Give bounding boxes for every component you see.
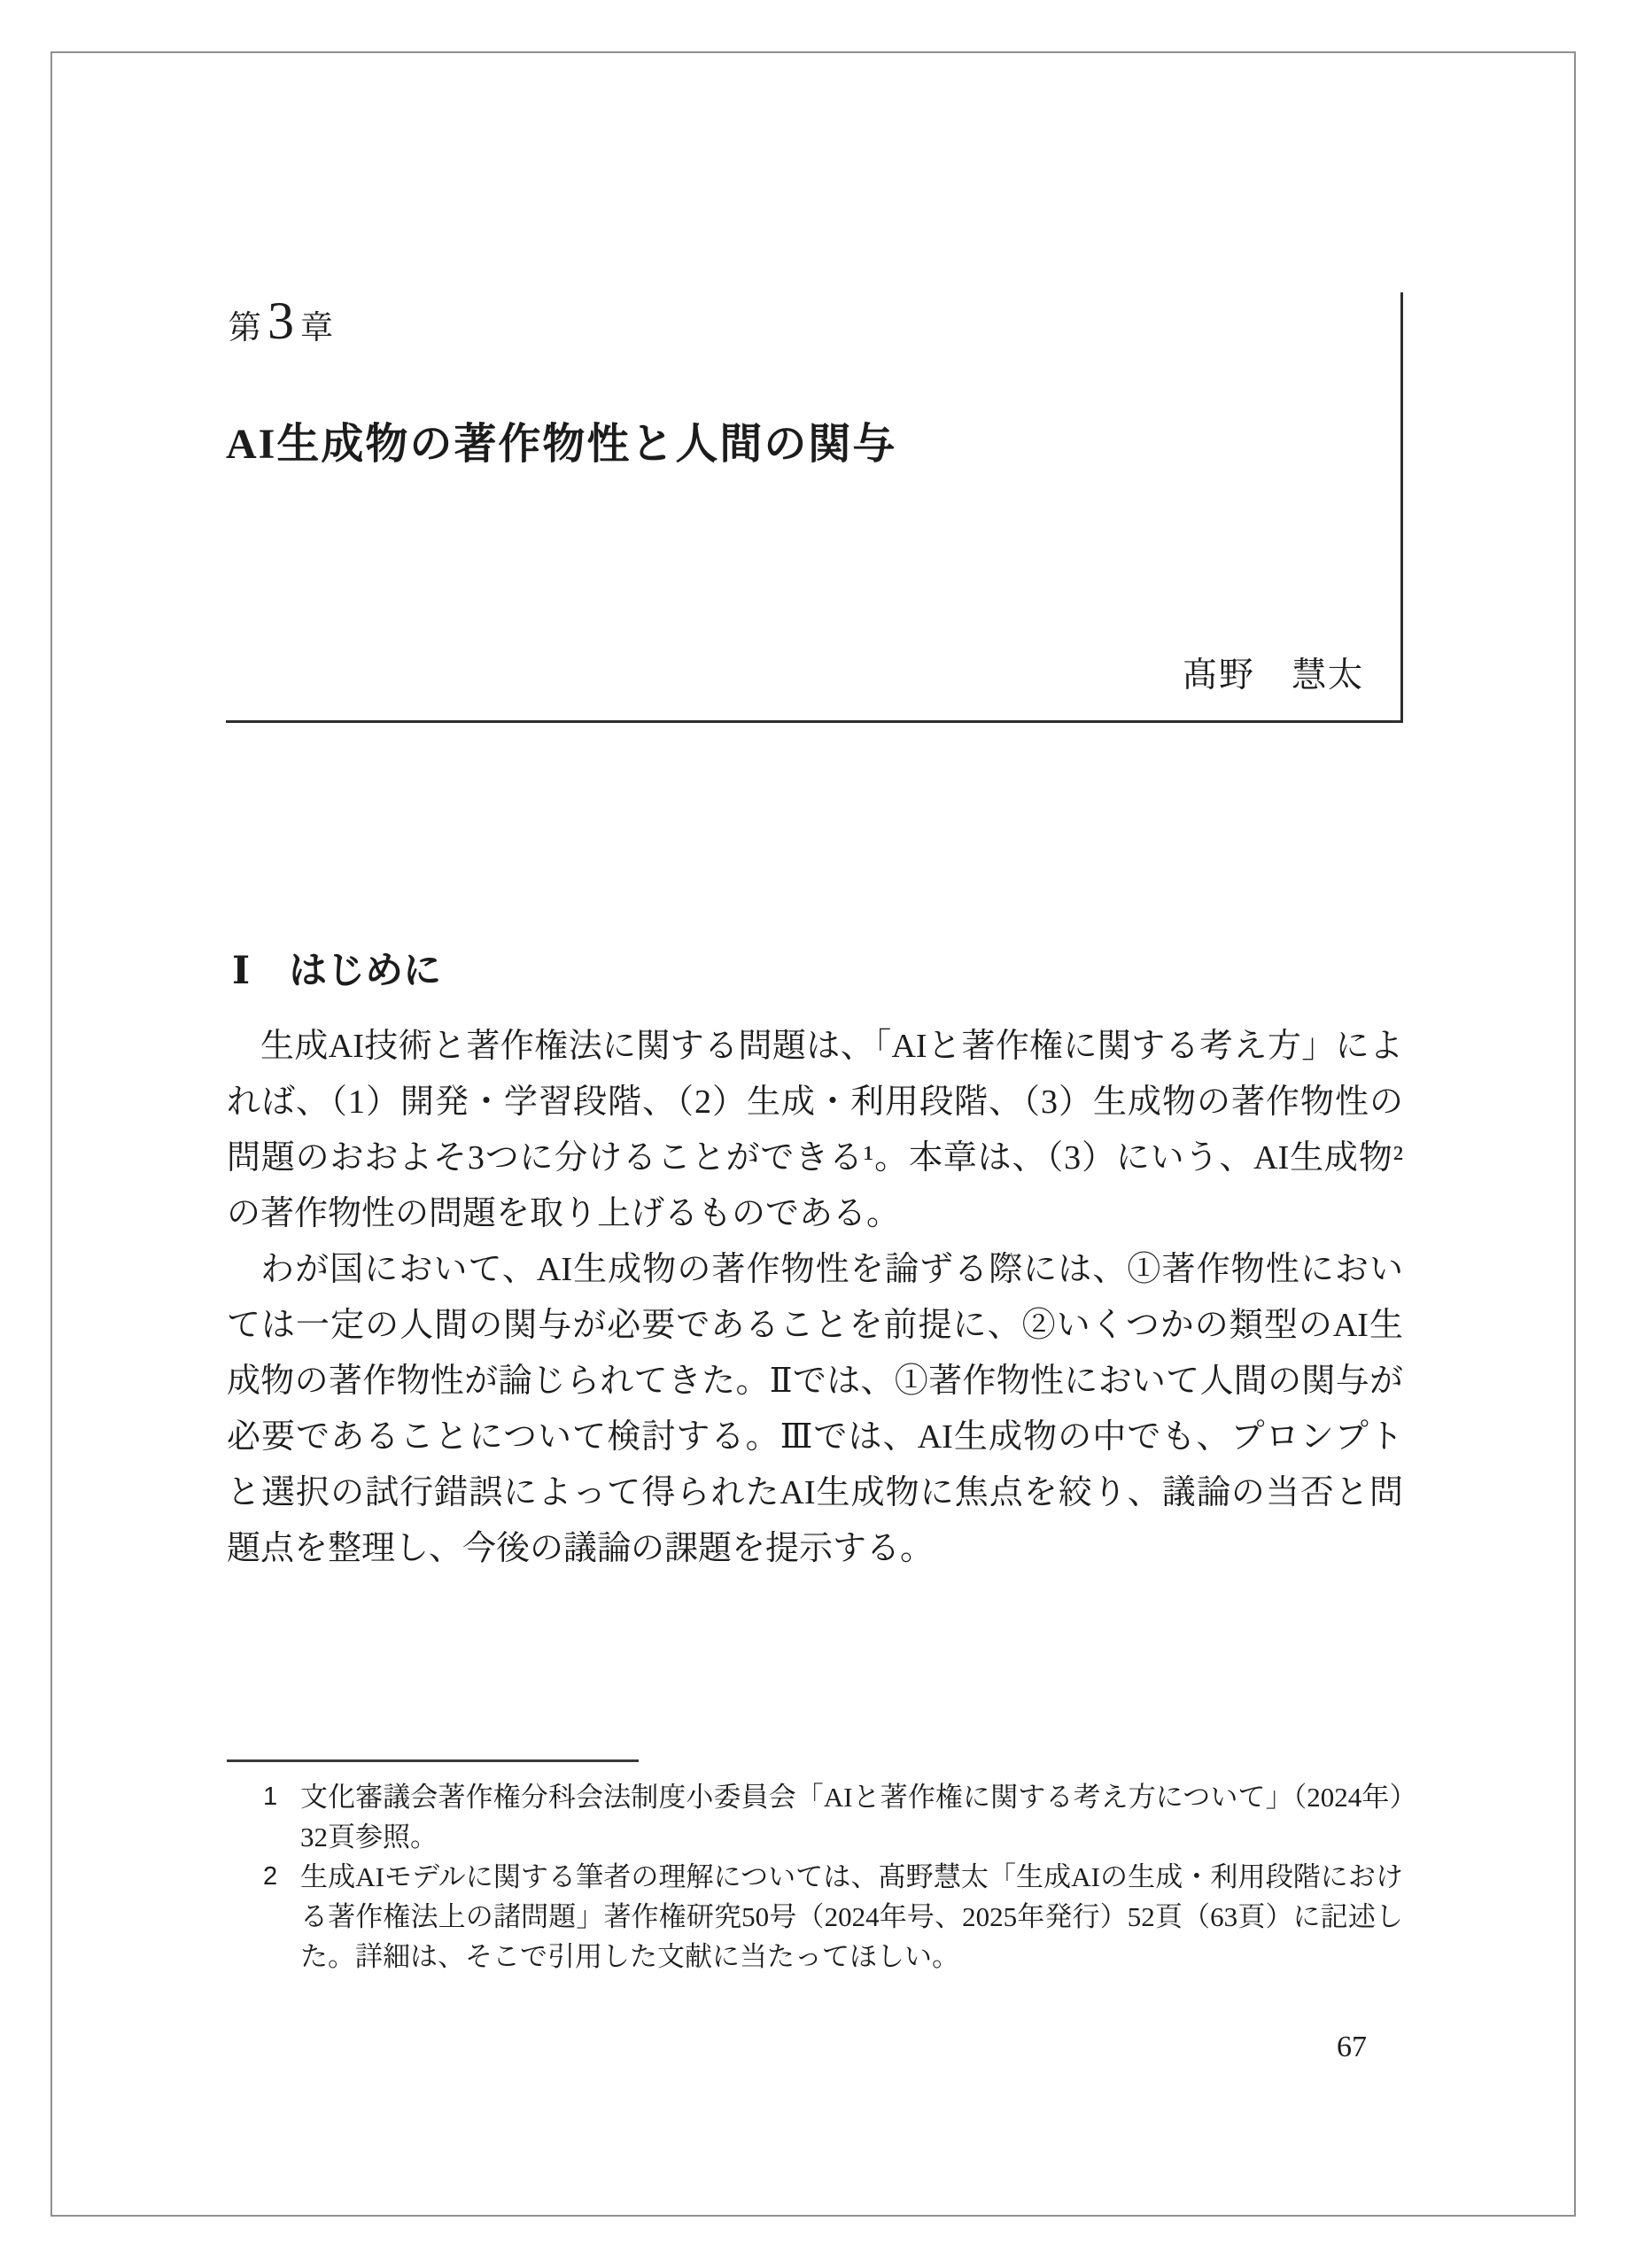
chapter-title: AI生成物の著作物性と人間の関与	[226, 409, 1395, 470]
footnote-item: 2 生成AIモデルに関する筆者の理解については、髙野慧太「生成AIの生成・利用段…	[263, 1857, 1403, 1977]
chapter-label-prefix: 第	[229, 300, 261, 348]
author-name: 髙野 慧太	[226, 648, 1364, 697]
chapter-number: 3	[268, 291, 294, 352]
footnote-number: 1	[263, 1777, 300, 1857]
footnote-text: 文化審議会著作権分科会法制度小委員会「AIと著作権に関する考え方について」（20…	[300, 1777, 1403, 1857]
footnote-text: 生成AIモデルに関する筆者の理解については、髙野慧太「生成AIの生成・利用段階に…	[300, 1857, 1403, 1977]
book-page: 第 3 章 AI生成物の著作物性と人間の関与 髙野 慧太 Ⅰ はじめに 生成AI…	[0, 0, 1629, 2268]
chapter-label: 第 3 章	[229, 291, 333, 352]
body-text: 生成AI技術と著作権法に関する問題は、「AIと著作権に関する考え方」によれば、（…	[227, 1019, 1403, 1577]
footnote-number: 2	[263, 1857, 300, 1977]
section-heading: Ⅰ はじめに	[232, 941, 441, 995]
section-title: はじめに	[289, 941, 441, 995]
footnote-item: 1 文化審議会著作権分科会法制度小委員会「AIと著作権に関する考え方について」（…	[263, 1777, 1403, 1857]
header-horizontal-rule	[226, 720, 1403, 723]
header-vertical-rule	[1400, 292, 1403, 723]
chapter-label-suffix: 章	[300, 300, 333, 348]
footnotes: 1 文化審議会著作権分科会法制度小委員会「AIと著作権に関する考え方について」（…	[263, 1777, 1403, 1977]
page-number: 67	[1307, 2031, 1396, 2064]
body-paragraph: 生成AI技術と著作権法に関する問題は、「AIと著作権に関する考え方」によれば、（…	[227, 1019, 1403, 1242]
footnote-divider-rule	[227, 1759, 639, 1762]
section-numeral: Ⅰ	[232, 949, 250, 993]
body-paragraph: わが国において、AI生成物の著作物性を論ずる際には、①著作物性においては一定の人…	[227, 1242, 1403, 1577]
